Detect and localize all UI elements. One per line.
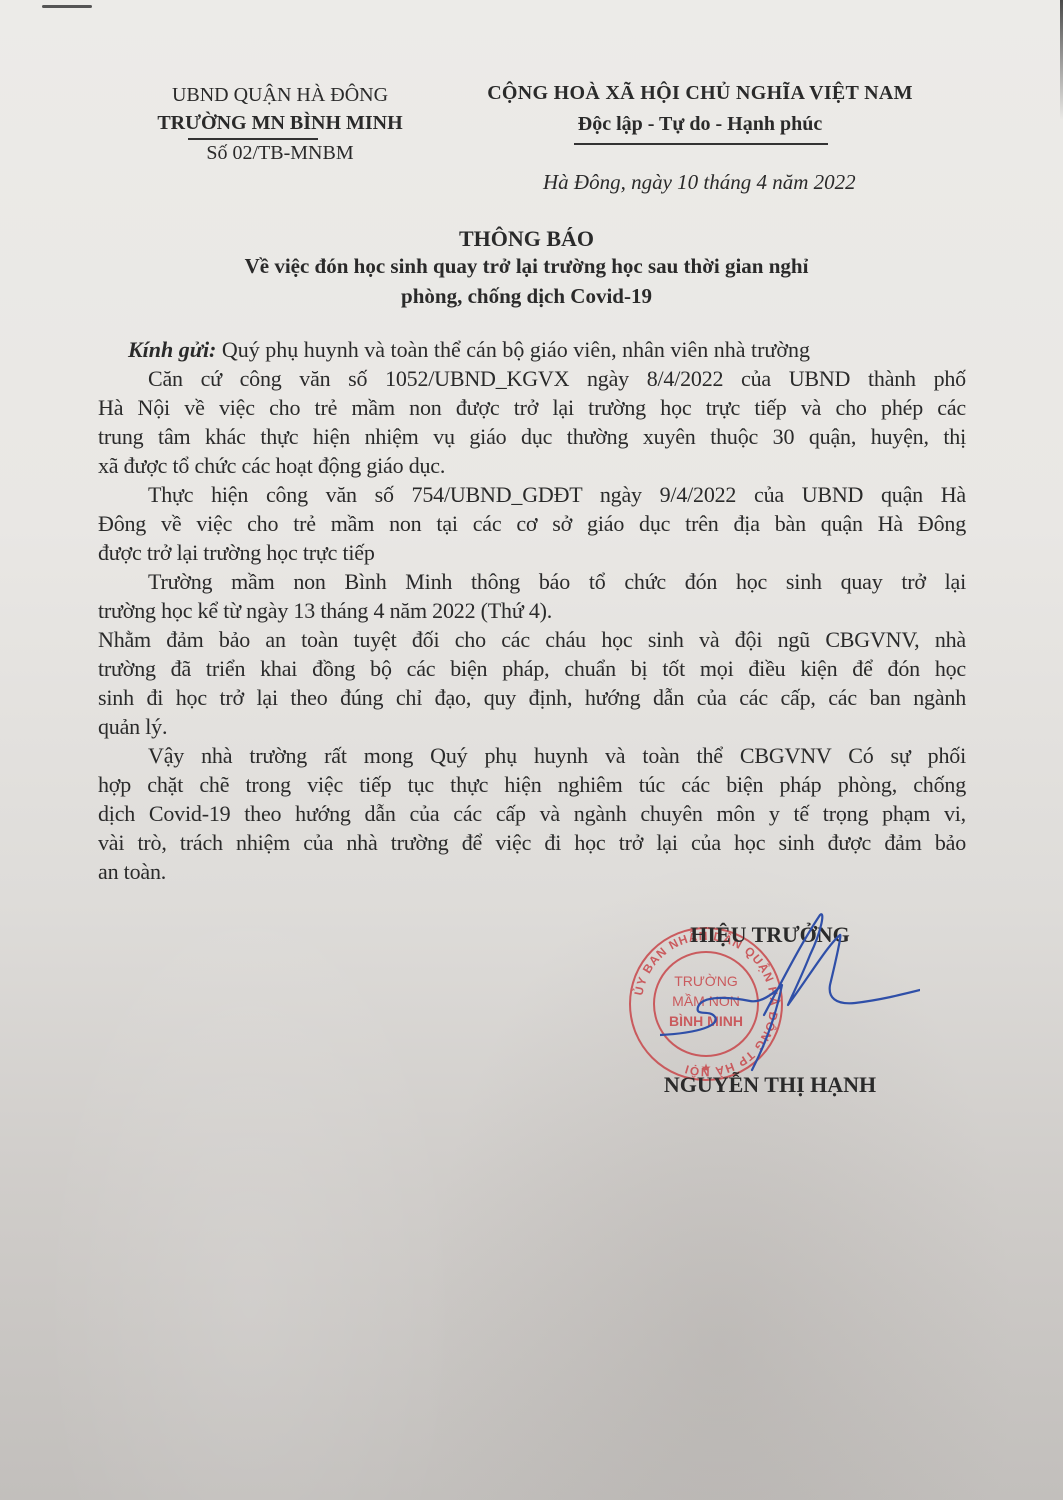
school-name: TRƯỜNG MN BÌNH MINH bbox=[100, 112, 460, 135]
top-mark bbox=[42, 5, 92, 8]
body-line: Căn cứ công văn số 1052/UBND_KGVX ngày 8… bbox=[98, 366, 966, 392]
document-subject-line-1: Về việc đón học sinh quay trở lại trường… bbox=[0, 254, 1058, 279]
place-and-date: Hà Đông, ngày 10 tháng 4 năm 2022 bbox=[543, 170, 856, 195]
body-line: vài trò, trách nhiệm của nhà trường để v… bbox=[98, 830, 966, 856]
signatory-name: NGUYỄN THỊ HẠNH bbox=[600, 1072, 940, 1098]
body-line: dịch Covid-19 theo hướng dẫn của các cấp… bbox=[98, 801, 966, 827]
school-name-underline bbox=[188, 138, 318, 140]
salutation: Kính gửi: Quý phụ huynh và toàn thể cán … bbox=[128, 337, 810, 363]
body-line: trung tâm khác thực hiện nhiệm vụ giáo d… bbox=[98, 424, 966, 450]
document-subject-line-2: phòng, chống dịch Covid-19 bbox=[0, 284, 1058, 309]
body-line: trường đã triển khai đồng bộ các biện ph… bbox=[98, 656, 966, 682]
body-line: trường học kể từ ngày 13 tháng 4 năm 202… bbox=[98, 598, 966, 624]
body-line: Vậy nhà trường rất mong Quý phụ huynh và… bbox=[98, 743, 966, 769]
issuing-authority: UBND QUẬN HÀ ĐÔNG bbox=[100, 84, 460, 107]
handwritten-signature-icon bbox=[660, 905, 920, 1075]
salutation-recipients: Quý phụ huynh và toàn thể cán bộ giáo vi… bbox=[216, 337, 810, 362]
body-line: sinh đi học trở lại theo đúng chỉ đạo, q… bbox=[98, 685, 966, 711]
salutation-label: Kính gửi: bbox=[128, 337, 216, 362]
body-line: quản lý. bbox=[98, 714, 966, 740]
body-line: hợp chặt chẽ trong việc tiếp tục thực hi… bbox=[98, 772, 966, 798]
body-line: an toàn. bbox=[98, 859, 966, 885]
body-line: được trở lại trường học trực tiếp bbox=[98, 540, 966, 566]
body-line: Trường mầm non Bình Minh thông báo tổ ch… bbox=[98, 569, 966, 595]
national-motto: Độc lập - Tự do - Hạnh phúc bbox=[420, 113, 980, 136]
body-line: Hà Nội về việc cho trẻ mầm non được trở … bbox=[98, 395, 966, 421]
body-line: Đông về việc cho trẻ mầm non tại các cơ … bbox=[98, 511, 966, 537]
motto-underline bbox=[574, 143, 828, 145]
body-line: Nhằm đảm bảo an toàn tuyệt đối cho các c… bbox=[98, 627, 966, 653]
body-line: xã được tổ chức các hoạt động giáo dục. bbox=[98, 453, 966, 479]
body-line: Thực hiện công văn số 754/UBND_GDĐT ngày… bbox=[98, 482, 966, 508]
document-heading: THÔNG BÁO bbox=[0, 226, 1058, 252]
document-number: Số 02/TB-MNBM bbox=[100, 142, 460, 165]
national-title: CỘNG HOÀ XÃ HỘI CHỦ NGHĨA VIỆT NAM bbox=[420, 82, 980, 105]
